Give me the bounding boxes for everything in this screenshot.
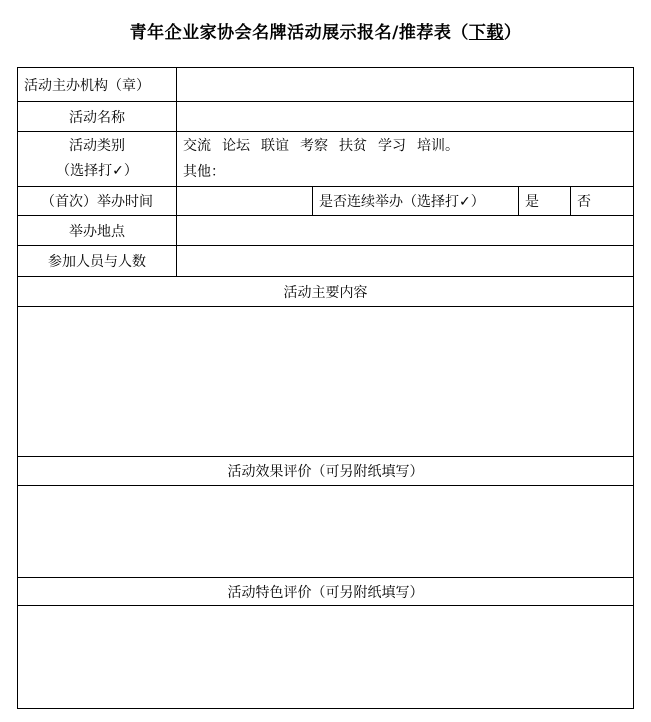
form-title-text: 青年企业家协会名牌活动展示报名/推荐表（ xyxy=(130,23,469,43)
row-participants: 参加人员与人数 xyxy=(18,246,634,277)
category-option-exchange[interactable]: 交流 xyxy=(183,138,211,154)
first-time-field[interactable] xyxy=(177,187,313,216)
effect-evaluation-header: 活动效果评价（可另附纸填写） xyxy=(18,457,634,486)
row-feature-body xyxy=(18,606,634,709)
category-label-line2: （选择打✓） xyxy=(24,159,170,184)
activity-name-field[interactable] xyxy=(177,102,634,132)
row-first-time: （首次）举办时间 是否连续举办（选择打✓） 是 否 xyxy=(18,187,634,216)
first-time-label: （首次）举办时间 xyxy=(18,187,177,216)
location-field[interactable] xyxy=(177,216,634,246)
category-label: 活动类别 （选择打✓） xyxy=(18,132,177,187)
category-other[interactable]: 其他： xyxy=(183,159,627,185)
continuous-label: 是否连续举办（选择打✓） xyxy=(313,187,519,216)
form-title-close: ） xyxy=(504,23,522,43)
main-content-field[interactable] xyxy=(18,307,634,457)
row-category: 活动类别 （选择打✓） 交流论坛联谊考察扶贫学习培训。 其他： xyxy=(18,132,634,187)
category-option-fellowship[interactable]: 联谊 xyxy=(261,138,289,154)
main-content-header: 活动主要内容 xyxy=(18,277,634,307)
category-option-forum[interactable]: 论坛 xyxy=(222,138,250,154)
row-activity-name: 活动名称 xyxy=(18,102,634,132)
location-label: 举办地点 xyxy=(18,216,177,246)
feature-evaluation-field[interactable] xyxy=(18,606,634,709)
category-label-line1: 活动类别 xyxy=(24,134,170,159)
organizer-label: 活动主办机构（章） xyxy=(18,68,177,102)
continuous-no-option[interactable]: 否 xyxy=(571,187,634,216)
row-effect-header: 活动效果评价（可另附纸填写） xyxy=(18,457,634,486)
category-option-training[interactable]: 培训。 xyxy=(417,138,459,154)
feature-evaluation-header: 活动特色评价（可另附纸填写） xyxy=(18,578,634,606)
category-options: 交流论坛联谊考察扶贫学习培训。 xyxy=(183,133,627,159)
row-organizer: 活动主办机构（章） xyxy=(18,68,634,102)
row-main-content-header: 活动主要内容 xyxy=(18,277,634,307)
row-effect-body xyxy=(18,486,634,578)
effect-evaluation-field[interactable] xyxy=(18,486,634,578)
activity-name-label: 活动名称 xyxy=(18,102,177,132)
row-main-content-body xyxy=(18,307,634,457)
continuous-yes-option[interactable]: 是 xyxy=(519,187,571,216)
organizer-field[interactable] xyxy=(177,68,634,102)
participants-field[interactable] xyxy=(177,246,634,277)
row-location: 举办地点 xyxy=(18,216,634,246)
download-link[interactable]: 下载 xyxy=(469,23,504,43)
category-options-cell: 交流论坛联谊考察扶贫学习培训。 其他： xyxy=(177,132,634,187)
category-option-inspection[interactable]: 考察 xyxy=(300,138,328,154)
category-option-study[interactable]: 学习 xyxy=(378,138,406,154)
row-feature-header: 活动特色评价（可另附纸填写） xyxy=(18,578,634,606)
category-option-poverty-relief[interactable]: 扶贫 xyxy=(339,138,367,154)
participants-label: 参加人员与人数 xyxy=(18,246,177,277)
registration-form-table: 活动主办机构（章） 活动名称 活动类别 （选择打✓） 交流论坛联谊考察扶贫学习培… xyxy=(17,67,634,709)
form-title: 青年企业家协会名牌活动展示报名/推荐表（下载） xyxy=(0,18,651,43)
